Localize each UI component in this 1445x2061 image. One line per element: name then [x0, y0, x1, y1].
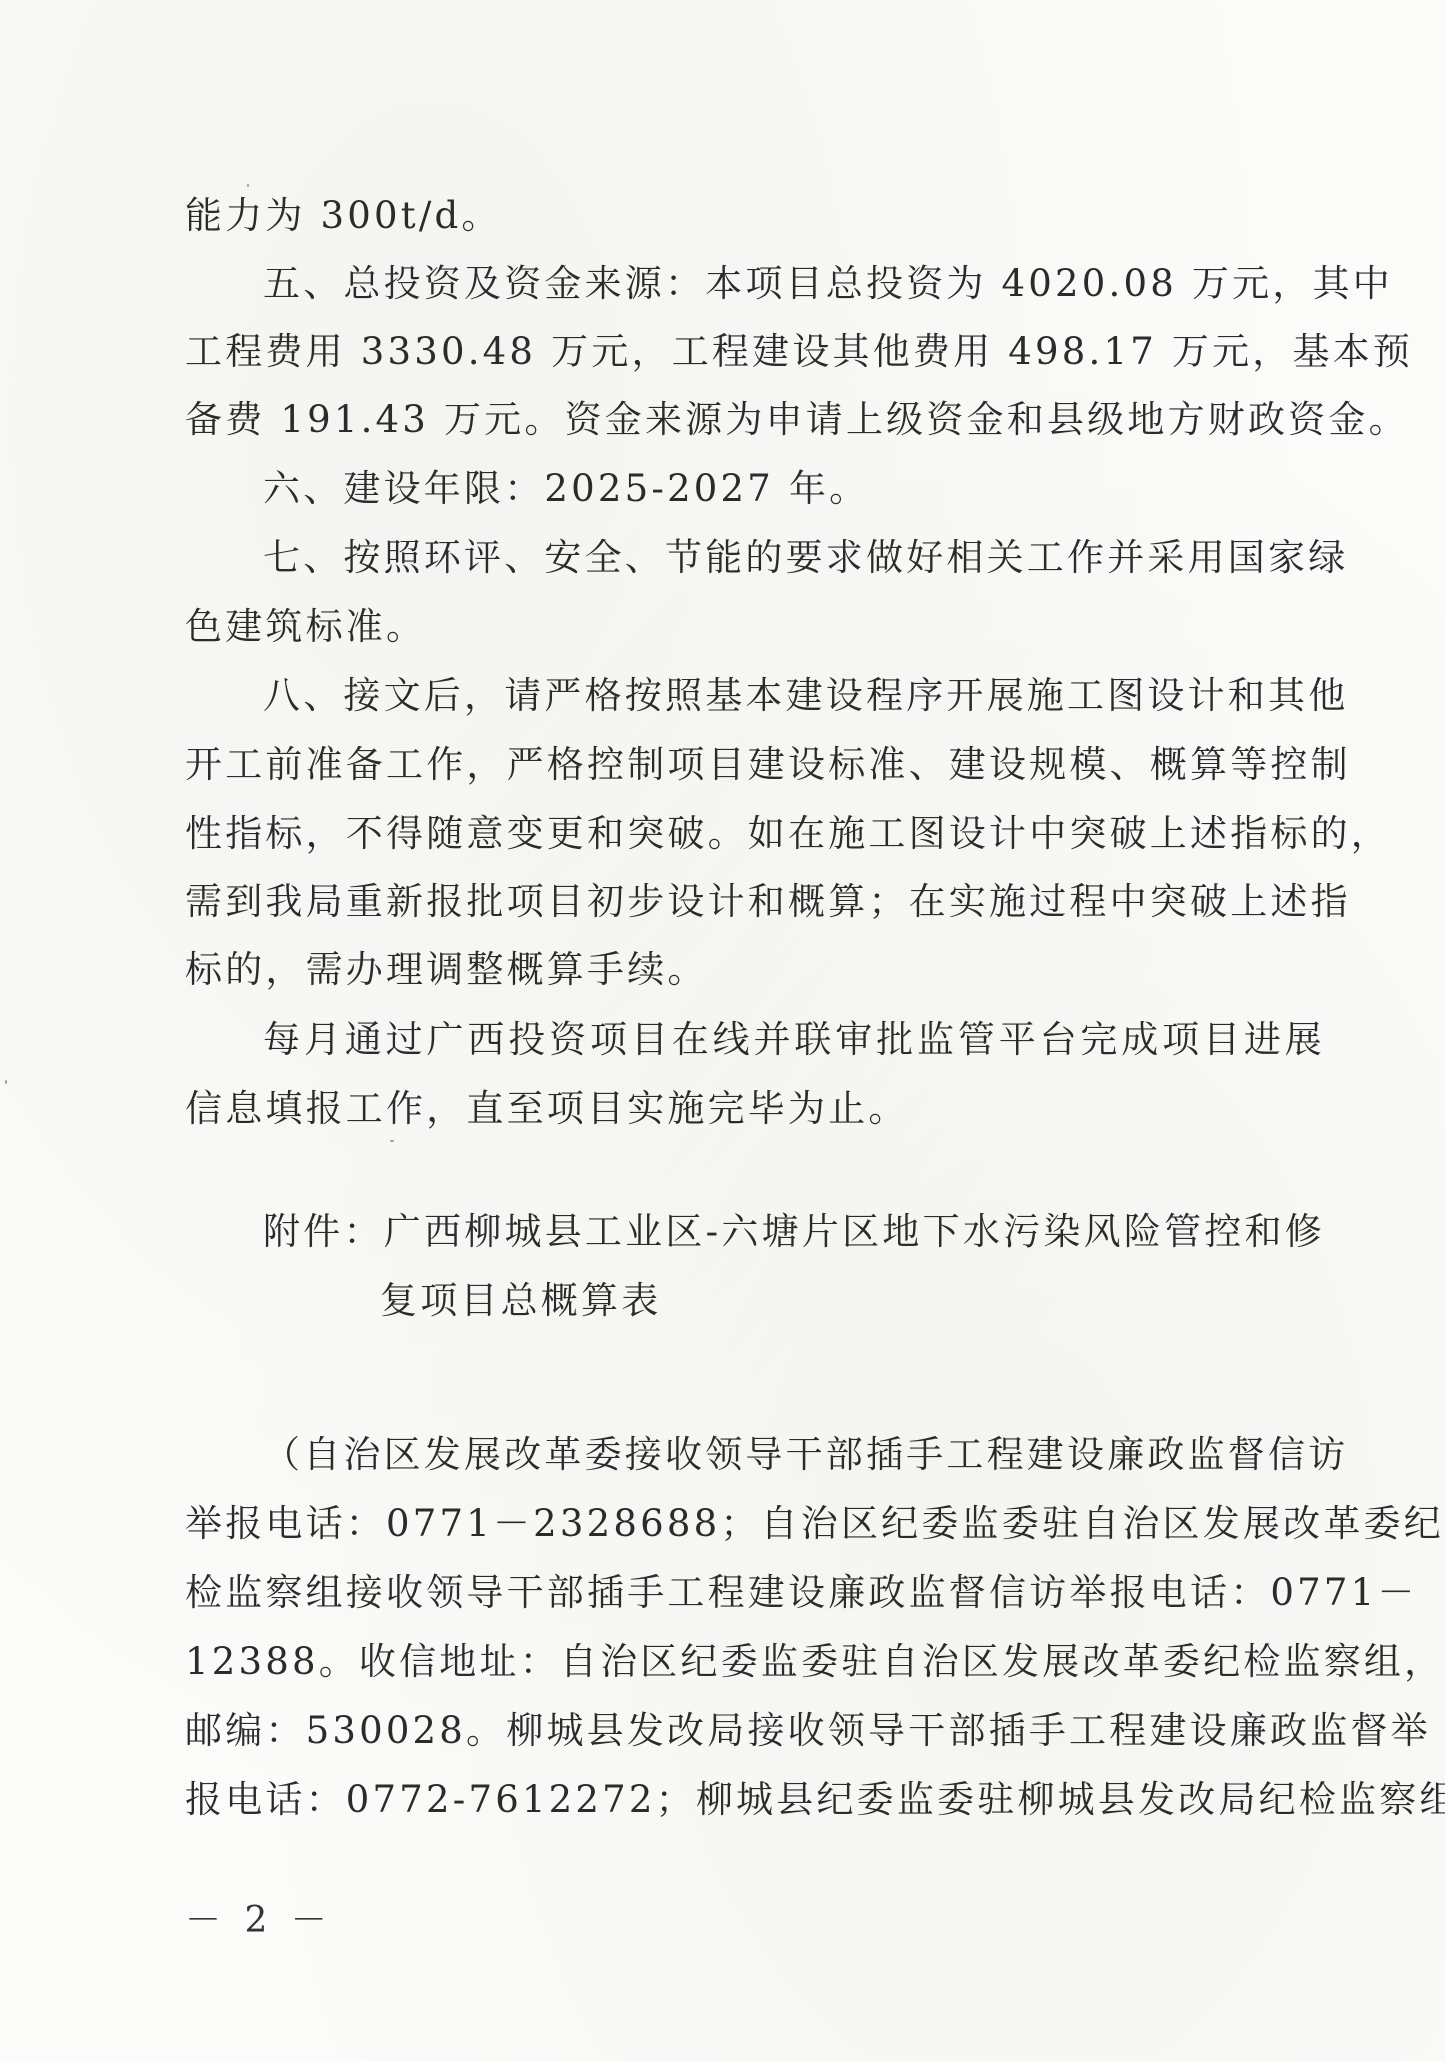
- text-line-procedure-3: 性指标，不得随意变更和突破。如在施工图设计中突破上述指标的，: [185, 812, 1325, 856]
- scan-speck: [247, 184, 249, 187]
- notice-line-6: 报电话：0772-7612272；柳城县纪委监委驻柳城县发改局纪检监察组: [185, 1778, 1325, 1822]
- scan-speck: [390, 1140, 394, 1142]
- attachment-line-2: 复项目总概算表: [380, 1279, 661, 1323]
- notice-line-2: 举报电话：0771－2328688；自治区纪委监委驻自治区发展改革委纪: [185, 1502, 1325, 1546]
- attachment-line-1: 附件：广西柳城县工业区-六塘片区地下水污染风险管控和修: [263, 1210, 1325, 1254]
- text-line-construction-period: 六、建设年限：2025-2027 年。: [263, 467, 869, 511]
- notice-line-3: 检监察组接收领导干部插手工程建设廉政监督信访举报电话：0771－: [185, 1571, 1325, 1615]
- scan-speck: [5, 1080, 7, 1084]
- text-line-green-standard: 色建筑标准。: [185, 605, 426, 649]
- text-line-procedure-1: 八、接文后，请严格按照基本建设程序开展施工图设计和其他: [263, 674, 1325, 718]
- notice-line-5: 邮编：530028。柳城县发改局接收领导干部插手工程建设廉政监督举: [185, 1709, 1325, 1753]
- text-line-investment-source: 备费 191.43 万元。资金来源为申请上级资金和县级地方财政资金。: [185, 398, 1325, 442]
- document-page: 能力为 300t/d。 五、总投资及资金来源：本项目总投资为 4020.08 万…: [0, 0, 1445, 2061]
- text-line-capacity: 能力为 300t/d。: [185, 194, 502, 238]
- page-number: － 2 －: [185, 1892, 333, 1943]
- notice-line-1: （自治区发展改革委接收领导干部插手工程建设廉政监督信访: [263, 1433, 1325, 1477]
- text-line-investment-costs: 工程费用 3330.48 万元，工程建设其他费用 498.17 万元，基本预: [185, 330, 1325, 374]
- text-line-procedure-5: 标的，需办理调整概算手续。: [185, 948, 708, 992]
- text-line-monthly-report-2: 信息填报工作，直至项目实施完毕为止。: [185, 1087, 909, 1131]
- text-line-procedure-2: 开工前准备工作，严格控制项目建设标准、建设规模、概算等控制: [185, 743, 1325, 787]
- text-line-procedure-4: 需到我局重新报批项目初步设计和概算；在实施过程中突破上述指: [185, 880, 1325, 924]
- text-line-investment-heading: 五、总投资及资金来源：本项目总投资为 4020.08 万元，其中: [263, 262, 1325, 306]
- text-line-monthly-report-1: 每月通过广西投资项目在线并联审批监管平台完成项目进展: [263, 1018, 1325, 1062]
- notice-line-4: 12388。收信地址：自治区纪委监委驻自治区发展改革委纪检监察组，: [185, 1640, 1325, 1684]
- text-line-requirements: 七、按照环评、安全、节能的要求做好相关工作并采用国家绿: [263, 536, 1325, 580]
